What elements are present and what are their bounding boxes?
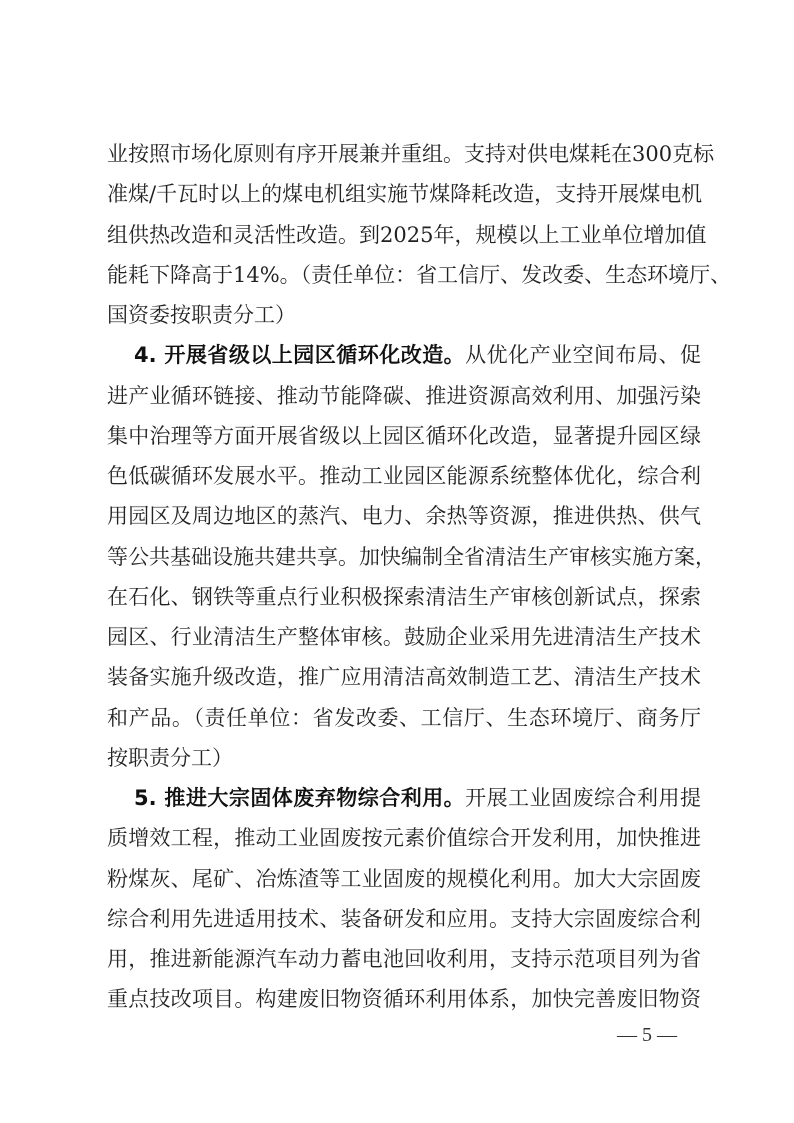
- section-4-line: 4. 开展省级以上园区循环化改造。从优化产业空间布局、促: [107, 335, 701, 375]
- text-line: 综合利用先进适用技术、装备研发和应用。支持大宗固废综合利: [107, 899, 701, 939]
- text-line: 组供热改造和灵活性改造。到2025年，规模以上工业单位增加值: [107, 215, 701, 255]
- text-line: 和产品。（责任单位：省发改委、工信厅、生态环境厅、商务厅: [107, 698, 701, 738]
- section-5-text: 开展工业固废综合利用提: [465, 786, 701, 810]
- text-line: 色低碳循环发展水平。推动工业园区能源系统整体优化，综合利: [107, 456, 701, 496]
- text-line: 国资委按职责分工）: [107, 295, 701, 335]
- section-4-text: 从优化产业空间布局、促: [465, 343, 701, 367]
- document-page: 业按照市场化原则有序开展兼并重组。支持对供电煤耗在300克标 准煤/千瓦时以上的…: [0, 0, 794, 1123]
- text-line: 用，推进新能源汽车动力蓄电池回收利用，支持示范项目列为省: [107, 939, 701, 979]
- text-line: 在石化、钢铁等重点行业积极探索清洁生产审核创新试点，探索: [107, 577, 701, 617]
- section-5-line: 5. 推进大宗固体废弃物综合利用。开展工业固废综合利用提: [107, 778, 701, 818]
- text-line: 用园区及周边地区的蒸汽、电力、余热等资源，推进供热、供气: [107, 496, 701, 536]
- text-line: 装备实施升级改造，推广应用清洁高效制造工艺、清洁生产技术: [107, 657, 701, 697]
- text-line: 能耗下降高于14%。（责任单位：省工信厅、发改委、生态环境厅、: [107, 255, 701, 295]
- text-line: 质增效工程，推动工业固废按元素价值综合开发利用，加快推进: [107, 818, 701, 858]
- text-line: 准煤/千瓦时以上的煤电机组实施节煤降耗改造，支持开展煤电机: [107, 174, 701, 214]
- text-line: 重点技改项目。构建废旧物资循环利用体系，加快完善废旧物资: [107, 979, 701, 1019]
- section-5-heading: 5. 推进大宗固体废弃物综合利用。: [134, 786, 465, 810]
- text-line: 粉煤灰、尾矿、冶炼渣等工业固废的规模化利用。加大大宗固废: [107, 859, 701, 899]
- text-line: 进产业循环链接、推动节能降碳、推进资源高效利用、加强污染: [107, 376, 701, 416]
- page-number: — 5 —: [612, 1022, 682, 1048]
- text-line: 按职责分工）: [107, 738, 701, 778]
- text-line: 等公共基础设施共建共享。加快编制全省清洁生产审核实施方案，: [107, 537, 701, 577]
- section-4-heading: 4. 开展省级以上园区循环化改造。: [134, 343, 465, 367]
- text-line: 园区、行业清洁生产整体审核。鼓励企业采用先进清洁生产技术: [107, 617, 701, 657]
- text-line: 业按照市场化原则有序开展兼并重组。支持对供电煤耗在300克标: [107, 134, 701, 174]
- body-text: 业按照市场化原则有序开展兼并重组。支持对供电煤耗在300克标 准煤/千瓦时以上的…: [107, 134, 701, 1020]
- text-line: 集中治理等方面开展省级以上园区循环化改造，显著提升园区绿: [107, 416, 701, 456]
